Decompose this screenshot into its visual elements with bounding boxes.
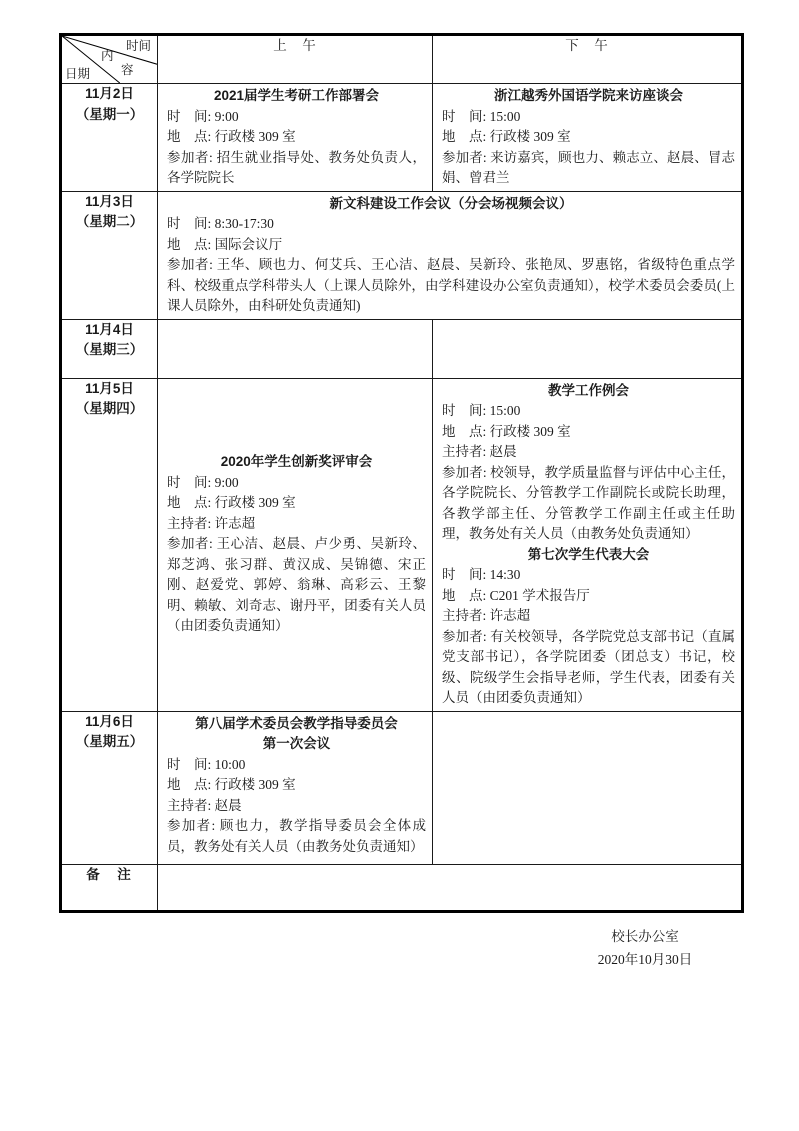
- date-text: 11月6日: [62, 712, 157, 733]
- document-page: 时间 内 容 日期 上 午 下 午 11月2日 （星期一） 2021届学生考研工…: [0, 0, 799, 1131]
- meeting-detail-line: 时 间: 14:30: [442, 565, 735, 586]
- meeting-details: 时 间: 14:30地 点: C201 学术报告厅主持者: 许志超参加者: 有关…: [442, 565, 735, 709]
- meeting-title: 教学工作例会: [442, 381, 735, 402]
- meeting-title: 第七次学生代表大会: [442, 545, 735, 566]
- issue-date: 2020年10月30日: [520, 948, 770, 971]
- row-nov-2: 11月2日 （星期一） 2021届学生考研工作部署会 时 间: 9:00地 点:…: [61, 84, 743, 192]
- meeting-title: 第八届学术委员会教学指导委员会: [167, 714, 426, 735]
- afternoon-cell-nov-6-empty: [433, 711, 743, 864]
- weekday-text: （星期三）: [62, 340, 157, 361]
- row-nov-6: 11月6日 （星期五） 第八届学术委员会教学指导委员会 第一次会议 时 间: 1…: [61, 711, 743, 864]
- corner-header-cell: 时间 内 容 日期: [61, 35, 158, 84]
- row-nov-5: 11月5日 （星期四） 2020年学生创新奖评审会 时 间: 9:00地 点: …: [61, 378, 743, 711]
- meeting-detail-line: 参加者: 顾也力，教学指导委员会全体成员，教务处有关人员（由教务处负责通知）: [167, 816, 426, 857]
- meeting-detail-line: 主持者: 赵晨: [167, 796, 426, 817]
- date-cell-nov-6: 11月6日 （星期五）: [61, 711, 158, 864]
- meeting-block-teaching: 教学工作例会 时 间: 15:00地 点: 行政楼 309 室主持者: 赵晨参加…: [442, 381, 735, 545]
- meeting-title: 2020年学生创新奖评审会: [167, 452, 426, 473]
- meeting-detail-line: 时 间: 15:00: [442, 401, 735, 422]
- meeting-detail-line: 地 点: 行政楼 309 室: [167, 775, 426, 796]
- afternoon-cell-nov-2: 浙江越秀外国语学院来访座谈会 时 间: 15:00地 点: 行政楼 309 室参…: [433, 84, 743, 192]
- row-nov-4: 11月4日 （星期三）: [61, 319, 743, 378]
- morning-cell-nov-2: 2021届学生考研工作部署会 时 间: 9:00地 点: 行政楼 309 室参加…: [158, 84, 433, 192]
- morning-cell-nov-4-empty: [158, 319, 433, 378]
- meeting-title: 2021届学生考研工作部署会: [167, 86, 426, 107]
- meeting-details: 时 间: 8:30-17:30地 点: 国际会议厅参加者: 王华、顾也力、何艾兵…: [167, 214, 735, 317]
- corner-content-label-top: 内: [101, 49, 114, 63]
- date-cell-nov-5: 11月5日 （星期四）: [61, 378, 158, 711]
- morning-cell-nov-6: 第八届学术委员会教学指导委员会 第一次会议 时 间: 10:00地 点: 行政楼…: [158, 711, 433, 864]
- meeting-detail-line: 地 点: C201 学术报告厅: [442, 586, 735, 607]
- meeting-detail-line: 地 点: 行政楼 309 室: [442, 422, 735, 443]
- meeting-detail-line: 参加者: 来访嘉宾，顾也力、赖志立、赵晨、冒志娟、曾君兰: [442, 148, 735, 189]
- date-cell-nov-3: 11月3日 （星期二）: [61, 191, 158, 319]
- meeting-detail-line: 时 间: 8:30-17:30: [167, 214, 735, 235]
- meeting-detail-line: 时 间: 9:00: [167, 473, 426, 494]
- meeting-detail-line: 参加者: 王心洁、赵晨、卢少勇、吴新玲、郑芝鸿、张习群、黄汉成、吴锦德、宋正刚、…: [167, 534, 426, 637]
- meeting-detail-line: 时 间: 9:00: [167, 107, 426, 128]
- date-text: 11月2日: [62, 84, 157, 105]
- afternoon-cell-nov-4-empty: [433, 319, 743, 378]
- meeting-detail-line: 参加者: 王华、顾也力、何艾兵、王心洁、赵晨、吴新玲、张艳凤、罗惠铭，省级特色重…: [167, 255, 735, 317]
- remark-row: 备 注: [61, 864, 743, 911]
- meeting-detail-line: 时 间: 15:00: [442, 107, 735, 128]
- date-text: 11月4日: [62, 320, 157, 341]
- meeting-detail-line: 参加者: 招生就业指导处、教务处负责人，各学院院长: [167, 148, 426, 189]
- afternoon-cell-nov-5: 教学工作例会 时 间: 15:00地 点: 行政楼 309 室主持者: 赵晨参加…: [433, 378, 743, 711]
- meeting-details: 时 间: 10:00地 点: 行政楼 309 室主持者: 赵晨参加者: 顾也力，…: [167, 755, 426, 858]
- morning-cell-nov-5: 2020年学生创新奖评审会 时 间: 9:00地 点: 行政楼 309 室主持者…: [158, 378, 433, 711]
- allday-cell-nov-3: 新文科建设工作会议（分会场视频会议） 时 间: 8:30-17:30地 点: 国…: [158, 191, 743, 319]
- corner-content-label-bottom: 容: [121, 63, 134, 77]
- weekday-text: （星期四）: [62, 399, 157, 420]
- corner-time-label: 时间: [126, 39, 151, 53]
- meeting-title: 新文科建设工作会议（分会场视频会议）: [167, 194, 735, 215]
- meeting-detail-line: 参加者: 有关校领导，各学院党总支部书记（直属党支部书记），各学院团委（团总支）…: [442, 627, 735, 709]
- weekday-text: （星期五）: [62, 732, 157, 753]
- meeting-detail-line: 主持者: 许志超: [442, 606, 735, 627]
- meeting-details: 时 间: 9:00地 点: 行政楼 309 室参加者: 招生就业指导处、教务处负…: [167, 107, 426, 189]
- date-text: 11月5日: [62, 379, 157, 400]
- header-row: 时间 内 容 日期 上 午 下 午: [61, 35, 743, 84]
- meeting-detail-line: 主持者: 赵晨: [442, 442, 735, 463]
- date-text: 11月3日: [62, 192, 157, 213]
- meeting-title: 浙江越秀外国语学院来访座谈会: [442, 86, 735, 107]
- issuing-office: 校长办公室: [520, 925, 770, 948]
- remark-label-cell: 备 注: [61, 864, 158, 911]
- meeting-details: 时 间: 15:00地 点: 行政楼 309 室主持者: 赵晨参加者: 校领导，…: [442, 401, 735, 545]
- schedule-table: 时间 内 容 日期 上 午 下 午 11月2日 （星期一） 2021届学生考研工…: [59, 33, 744, 913]
- date-cell-nov-2: 11月2日 （星期一）: [61, 84, 158, 192]
- weekday-text: （星期一）: [62, 105, 157, 126]
- remark-content-cell-empty: [158, 864, 743, 911]
- meeting-detail-line: 地 点: 行政楼 309 室: [167, 493, 426, 514]
- meeting-title-line-2: 第一次会议: [167, 734, 426, 755]
- meeting-detail-line: 参加者: 校领导，教学质量监督与评估中心主任，各学院院长、分管教学工作副院长或院…: [442, 463, 735, 545]
- corner-date-label: 日期: [65, 67, 90, 81]
- meeting-details: 时 间: 15:00地 点: 行政楼 309 室参加者: 来访嘉宾，顾也力、赖志…: [442, 107, 735, 189]
- morning-column-header: 上 午: [158, 35, 433, 84]
- meeting-detail-line: 主持者: 许志超: [167, 514, 426, 535]
- row-nov-3: 11月3日 （星期二） 新文科建设工作会议（分会场视频会议） 时 间: 8:30…: [61, 191, 743, 319]
- meeting-block-student-congress: 第七次学生代表大会 时 间: 14:30地 点: C201 学术报告厅主持者: …: [442, 545, 735, 709]
- meeting-detail-line: 地 点: 行政楼 309 室: [442, 127, 735, 148]
- meeting-detail-line: 时 间: 10:00: [167, 755, 426, 776]
- weekday-text: （星期二）: [62, 212, 157, 233]
- meeting-detail-line: 地 点: 行政楼 309 室: [167, 127, 426, 148]
- signature-block: 校长办公室 2020年10月30日: [520, 925, 770, 971]
- meeting-detail-line: 地 点: 国际会议厅: [167, 235, 735, 256]
- meeting-details: 时 间: 9:00地 点: 行政楼 309 室主持者: 许志超参加者: 王心洁、…: [167, 473, 426, 637]
- date-cell-nov-4: 11月4日 （星期三）: [61, 319, 158, 378]
- afternoon-column-header: 下 午: [433, 35, 743, 84]
